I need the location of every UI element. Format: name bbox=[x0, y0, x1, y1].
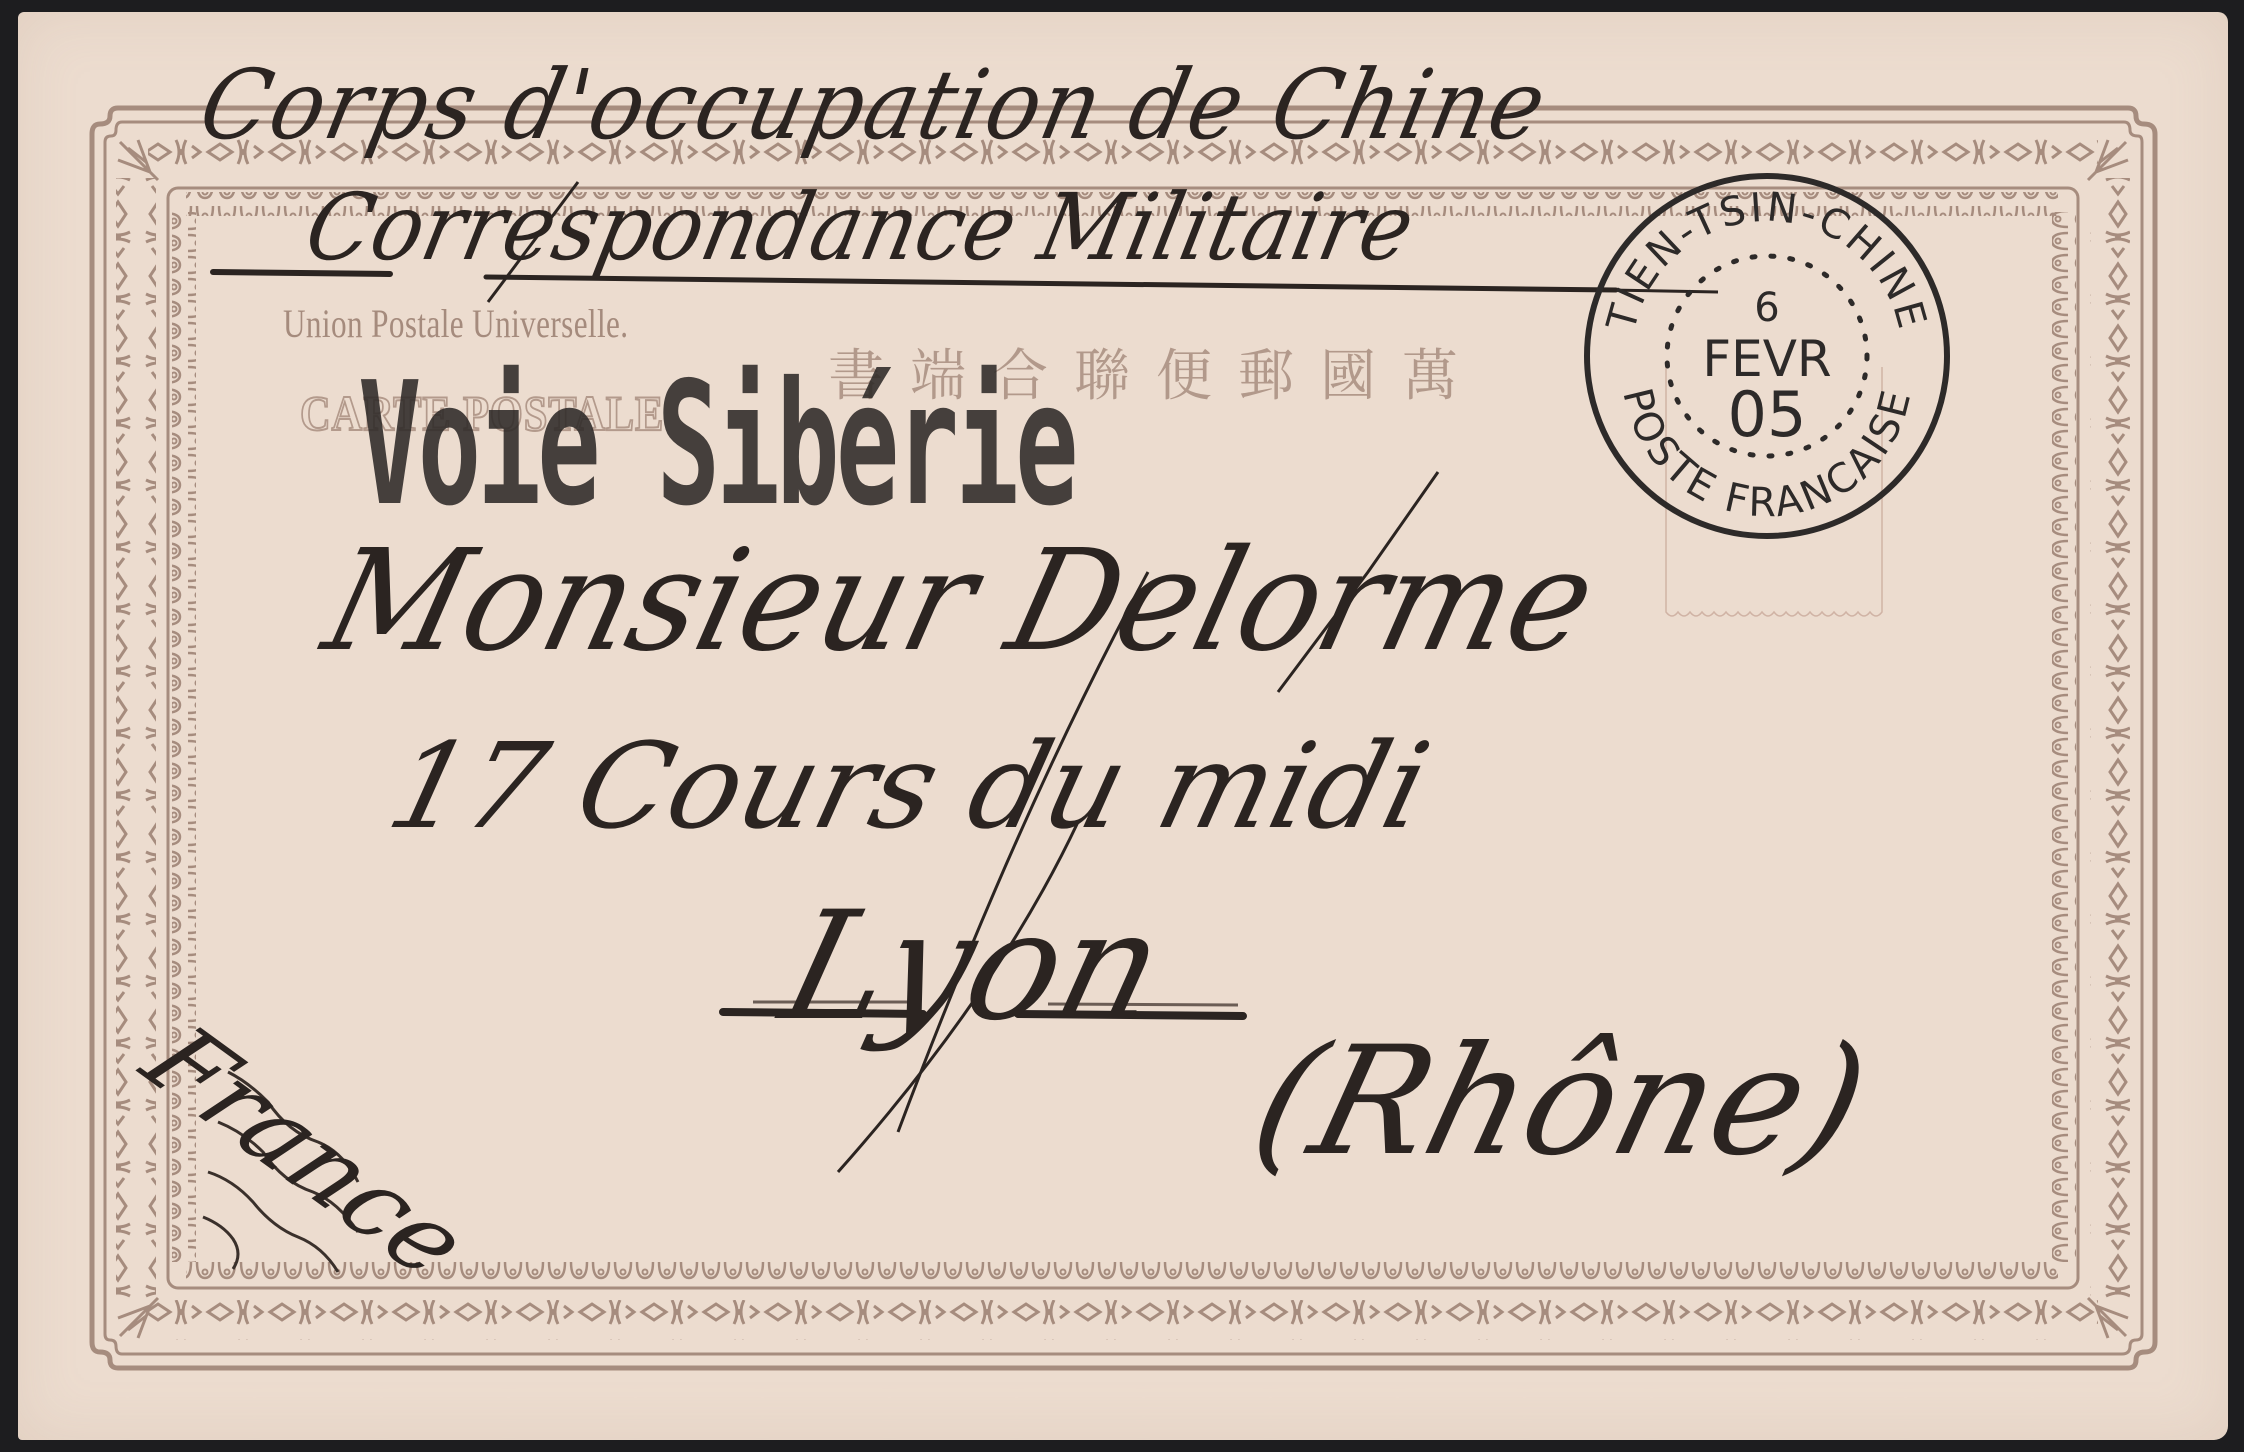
union-postale-text: Union Postale Universelle. bbox=[283, 300, 628, 347]
handwritten-city: Lyon bbox=[771, 892, 1177, 1042]
postmark-year: 05 bbox=[1728, 378, 1807, 451]
handwritten-street: 17 Cours du midi bbox=[379, 727, 1440, 845]
postcard: Union Postale Universelle. CARTE POSTALE… bbox=[18, 12, 2228, 1440]
handwritten-corps-occupation: Corps d'occupation de Chine bbox=[193, 57, 1556, 153]
postmark-cancel: TIEN-TSIN-CHINE POSTE FRANCAISE 6 FEVR 0… bbox=[1582, 171, 1952, 541]
handwritten-correspondance-militaire: Correspondance Militaire bbox=[298, 182, 1421, 274]
handwritten-department: (Rhône) bbox=[1241, 1027, 1881, 1177]
voie-siberie-cachet: Voie Sibérie bbox=[358, 360, 1075, 530]
handwritten-addressee: Monsieur Delorme bbox=[313, 532, 1607, 672]
postmark-day: 6 bbox=[1754, 285, 1779, 331]
